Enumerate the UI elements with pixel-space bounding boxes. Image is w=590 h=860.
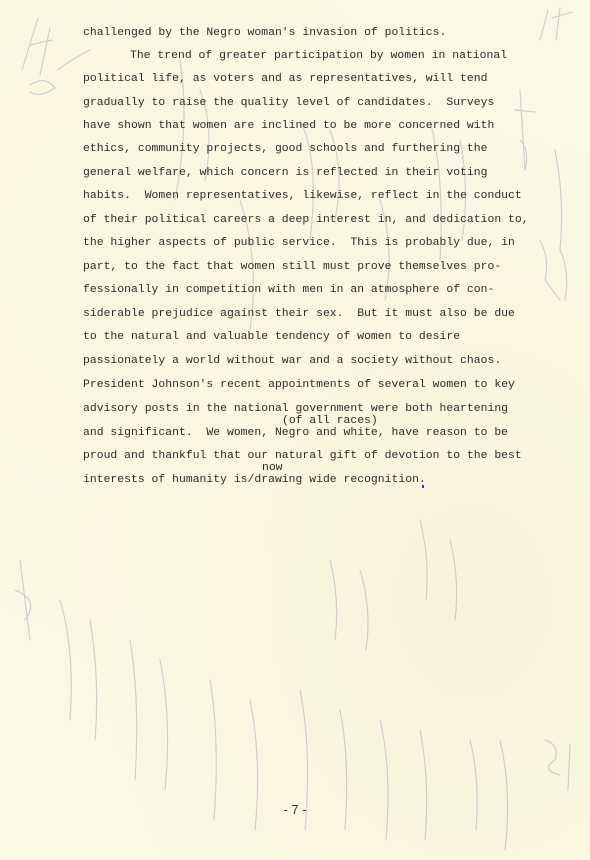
body-line-15: passionately a world without war and a s… [83, 354, 501, 368]
blue-ink-mark [422, 485, 424, 488]
body-line-19: proud and thankful that our natural gift… [83, 449, 522, 463]
page-number: - 7 - [0, 802, 590, 817]
body-line-5: have shown that women are inclined to be… [83, 119, 494, 133]
body-line-3: political life, as voters and as represe… [83, 72, 487, 86]
body-line-8: habits. Women representatives, likewise,… [83, 189, 522, 203]
body-line-10: the higher aspects of public service. Th… [83, 236, 515, 250]
body-line-4: gradually to raise the quality level of … [83, 96, 494, 110]
body-line-7: general welfare, which concern is reflec… [83, 166, 487, 180]
body-line-6: ethics, community projects, good schools… [83, 142, 487, 156]
body-line-16: President Johnson's recent appointments … [83, 378, 515, 392]
body-line-11: part, to the fact that women still must … [83, 260, 501, 274]
body-line-9: of their political careers a deep intere… [83, 213, 529, 227]
body-line-12: fessionally in competition with men in a… [83, 283, 494, 297]
body-line-2-paragraph-start: The trend of greater participation by wo… [130, 49, 507, 63]
scanned-page: challenged by the Negro woman's invasion… [0, 0, 590, 860]
body-line-14: to the natural and valuable tendency of … [83, 330, 460, 344]
body-line-1: challenged by the Negro woman's invasion… [83, 26, 446, 40]
body-line-20: interests of humanity is/drawing wide re… [83, 473, 426, 487]
body-line-18: and significant. We women, Negro and whi… [83, 426, 508, 440]
body-line-13: siderable prejudice against their sex. B… [83, 307, 515, 321]
